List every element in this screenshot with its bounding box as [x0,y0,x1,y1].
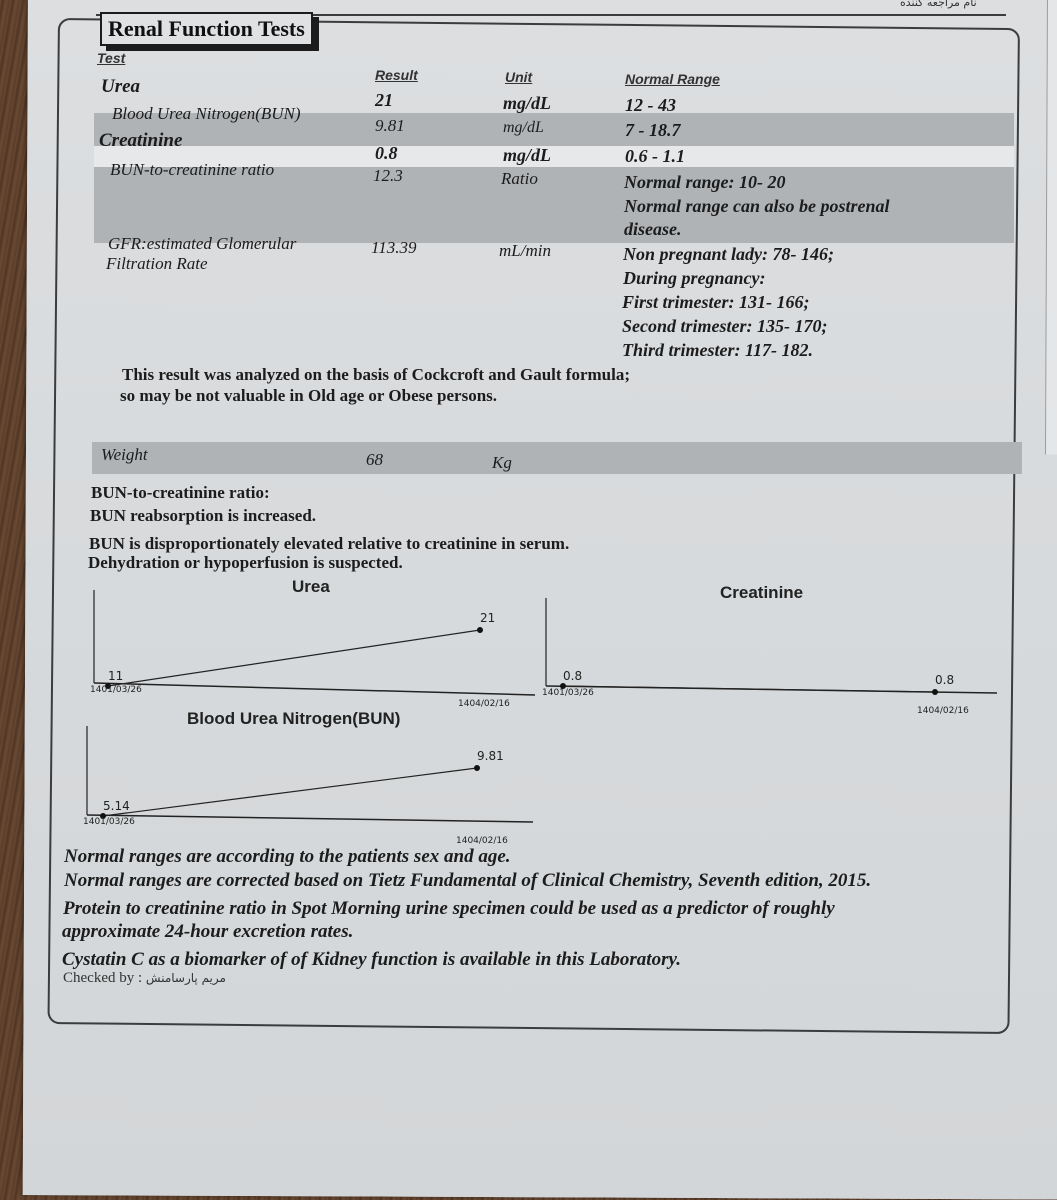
footer-note-4: approximate 24-hour excretion rates. [62,921,353,943]
svg-text:5.14: 5.14 [103,799,130,813]
checked-by: Checked by : مریم پارسامنش [63,970,226,987]
footer-note-5: Cystatin C as a biomarker of of Kidney f… [62,949,681,971]
checked-by-label: Checked by : [63,970,142,986]
svg-text:1404/02/16: 1404/02/16 [456,836,508,846]
footer-note-2: Normal ranges are corrected based on Tie… [64,870,871,892]
svg-text:9.81: 9.81 [477,749,504,763]
bun-trend-chart: 5.149.811401/03/261404/02/16 [0,0,1057,1200]
footer-note-3: Protein to creatinine ratio in Spot Morn… [63,898,835,920]
svg-text:1401/03/26: 1401/03/26 [83,817,135,827]
footer-note-1: Normal ranges are according to the patie… [64,846,511,868]
checked-by-name: مریم پارسامنش [146,971,226,985]
